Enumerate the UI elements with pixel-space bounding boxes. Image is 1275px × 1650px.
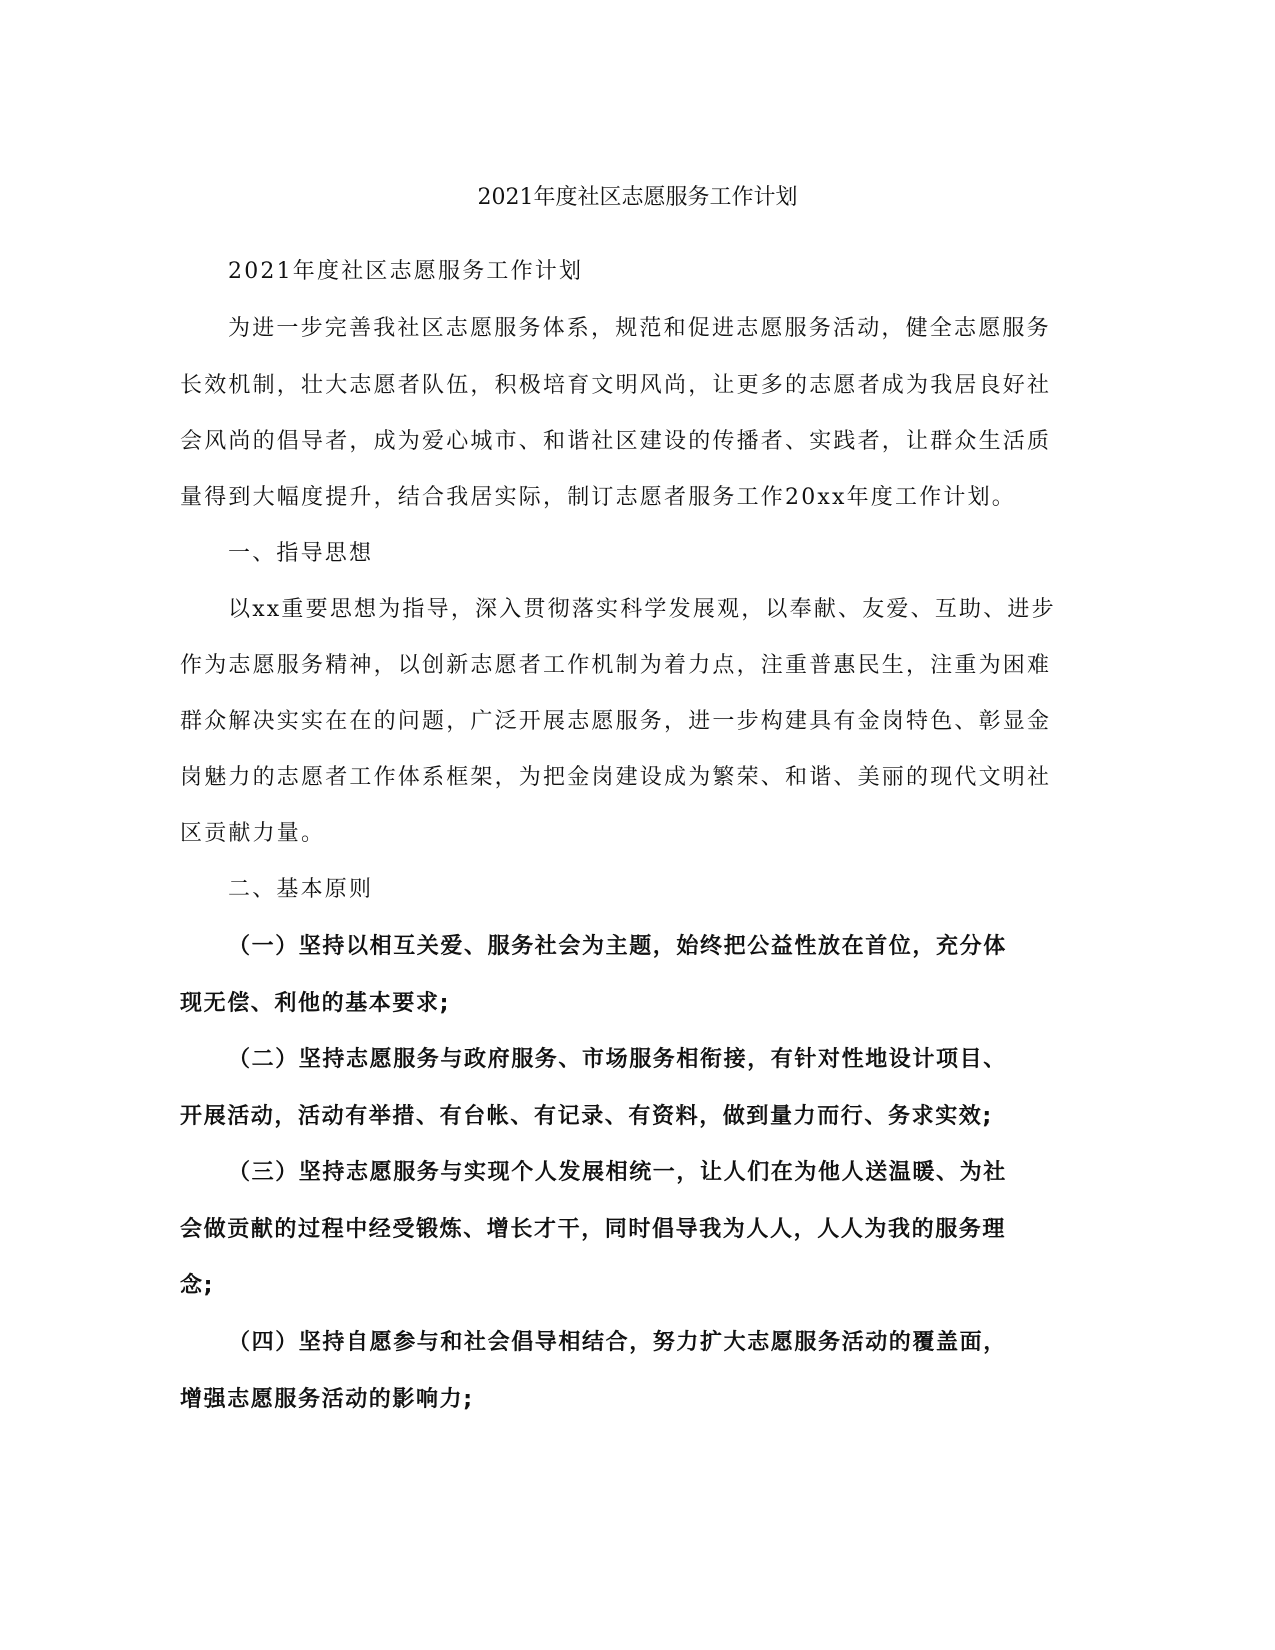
principle-line: 现无偿、利他的基本要求; — [180, 988, 450, 1020]
document-title: 2021年度社区志愿服务工作计划 — [0, 182, 1275, 214]
principle-line: （一）坚持以相互关爱、服务社会为主题，始终把公益性放在首位，充分体 — [228, 931, 1007, 963]
paragraph-line: 量得到大幅度提升，结合我居实际，制订志愿者服务工作20xx年度工作计划。 — [180, 482, 1016, 514]
principle-line: 增强志愿服务活动的影响力; — [180, 1384, 474, 1416]
document-subtitle: 2021年度社区志愿服务工作计划 — [228, 256, 583, 288]
paragraph-line: 为进一步完善我社区志愿服务体系，规范和促进志愿服务活动，健全志愿服务 — [228, 313, 1051, 345]
section-heading-guiding-thought: 一、指导思想 — [228, 538, 373, 570]
document-page: 2021年度社区志愿服务工作计划 2021年度社区志愿服务工作计划 为进一步完善… — [0, 0, 1275, 1650]
principle-line: （四）坚持自愿参与和社会倡导相结合，努力扩大志愿服务活动的覆盖面， — [228, 1327, 1007, 1359]
paragraph-line: 会风尚的倡导者，成为爱心城市、和谐社区建设的传播者、实践者，让群众生活质 — [180, 426, 1051, 458]
paragraph-line: 作为志愿服务精神，以创新志愿者工作机制为着力点，注重普惠民生，注重为困难 — [180, 650, 1051, 682]
principle-line: 会做贡献的过程中经受锻炼、增长才干，同时倡导我为人人，人人为我的服务理 — [180, 1214, 1006, 1246]
paragraph-line: 群众解决实实在在的问题，广泛开展志愿服务，进一步构建具有金岗特色、彰显金 — [180, 706, 1051, 738]
principle-line: （二）坚持志愿服务与政府服务、市场服务相衔接，有针对性地设计项目、 — [228, 1044, 1007, 1076]
principle-line: 念; — [180, 1270, 214, 1302]
principle-line: （三）坚持志愿服务与实现个人发展相统一，让人们在为他人送温暖、为社 — [228, 1157, 1007, 1189]
paragraph-line: 区贡献力量。 — [180, 818, 325, 850]
paragraph-line: 以xx重要思想为指导，深入贯彻落实科学发展观，以奉献、友爱、互助、进步 — [228, 594, 1056, 626]
principle-line: 开展活动，活动有举措、有台帐、有记录、有资料，做到量力而行、务求实效; — [180, 1101, 993, 1133]
paragraph-line: 岗魅力的志愿者工作体系框架，为把金岗建设成为繁荣、和谐、美丽的现代文明社 — [180, 762, 1051, 794]
paragraph-line: 长效机制，壮大志愿者队伍，积极培育文明风尚，让更多的志愿者成为我居良好社 — [180, 370, 1051, 402]
section-heading-basic-principles: 二、基本原则 — [228, 874, 373, 906]
